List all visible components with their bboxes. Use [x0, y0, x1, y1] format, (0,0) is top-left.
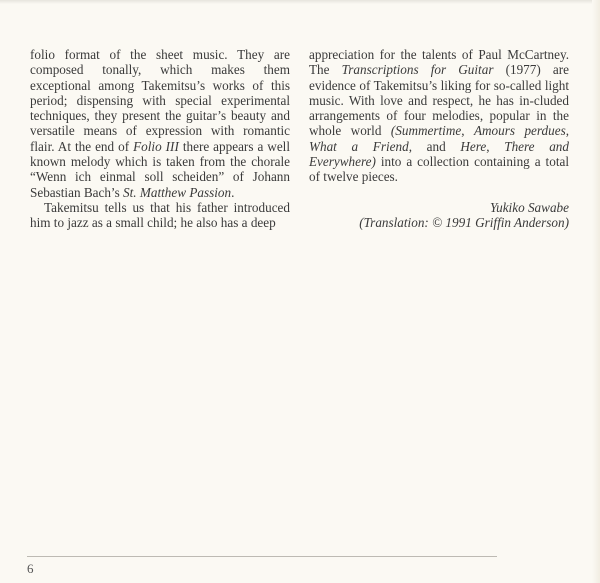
text-run: , and	[409, 139, 461, 154]
page-number: 6	[27, 561, 34, 577]
title-st-matthew-passion: St. Matthew Passion	[123, 185, 231, 200]
text-run: .	[231, 185, 234, 200]
title-amours-perdues: Amours perdues	[474, 123, 566, 138]
paragraph-jazz: Takemitsu tells us that his father intro…	[30, 200, 290, 231]
right-column: appreciation for the talents of Paul McC…	[309, 47, 569, 230]
paragraph-transcriptions: appreciation for the talents of Paul McC…	[309, 47, 569, 185]
text-run: folio format of the sheet music. They ar…	[30, 47, 290, 154]
paragraph-folio: folio format of the sheet music. They ar…	[30, 47, 290, 200]
footer-rule	[27, 556, 497, 557]
left-column: folio format of the sheet music. They ar…	[30, 47, 290, 231]
title-here: Here	[460, 139, 486, 154]
title-transcriptions-for-guitar: Transcriptions for Guitar	[342, 62, 494, 77]
author-signature: Yukiko Sawabe	[309, 200, 569, 215]
text-run: ,	[566, 123, 569, 138]
page-top-edge	[0, 0, 600, 4]
page-right-edge	[592, 0, 600, 583]
text-run: ,	[486, 139, 504, 154]
translation-credit: (Translation: © 1991 Griffin Anderson)	[309, 215, 569, 230]
title-folio-iii: Folio III	[133, 139, 179, 154]
title-what-a-friend: What a Friend	[309, 139, 409, 154]
title-summertime: (Summertime	[391, 123, 461, 138]
text-run: ,	[461, 123, 474, 138]
